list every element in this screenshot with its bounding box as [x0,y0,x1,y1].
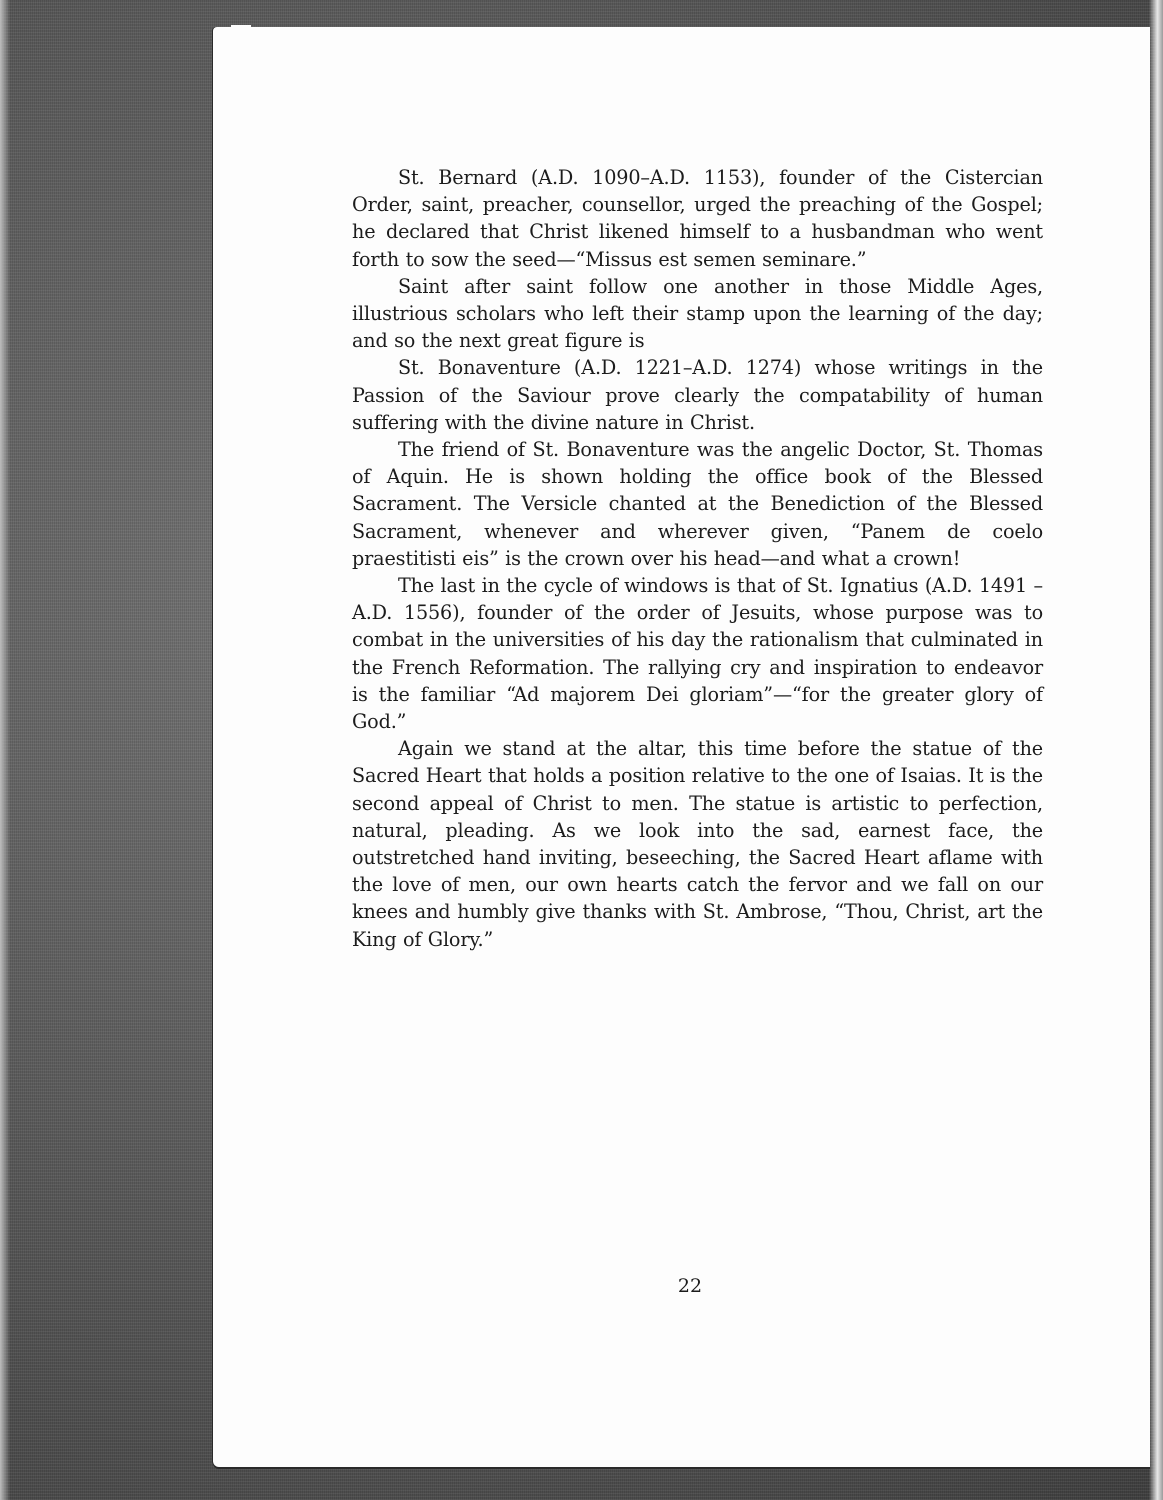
page-corner-tab [231,25,251,31]
paragraph-st-bonaventure: St. Bonaventure (A.D. 1221–A.D. 1274) wh… [352,354,1043,436]
body-text: St. Bernard (A.D. 1090–A.D. 1153), found… [352,164,1043,953]
paragraph-st-ignatius: The last in the cycle of windows is that… [352,572,1043,735]
paragraph-sacred-heart: Again we stand at the altar, this time b… [352,735,1043,953]
paragraph-middle-ages: Saint after saint follow one another in … [352,273,1043,355]
page-number: 22 [0,1275,1163,1297]
paragraph-st-bernard: St. Bernard (A.D. 1090–A.D. 1153), found… [352,164,1043,273]
paragraph-st-thomas: The friend of St. Bonaventure was the an… [352,436,1043,572]
